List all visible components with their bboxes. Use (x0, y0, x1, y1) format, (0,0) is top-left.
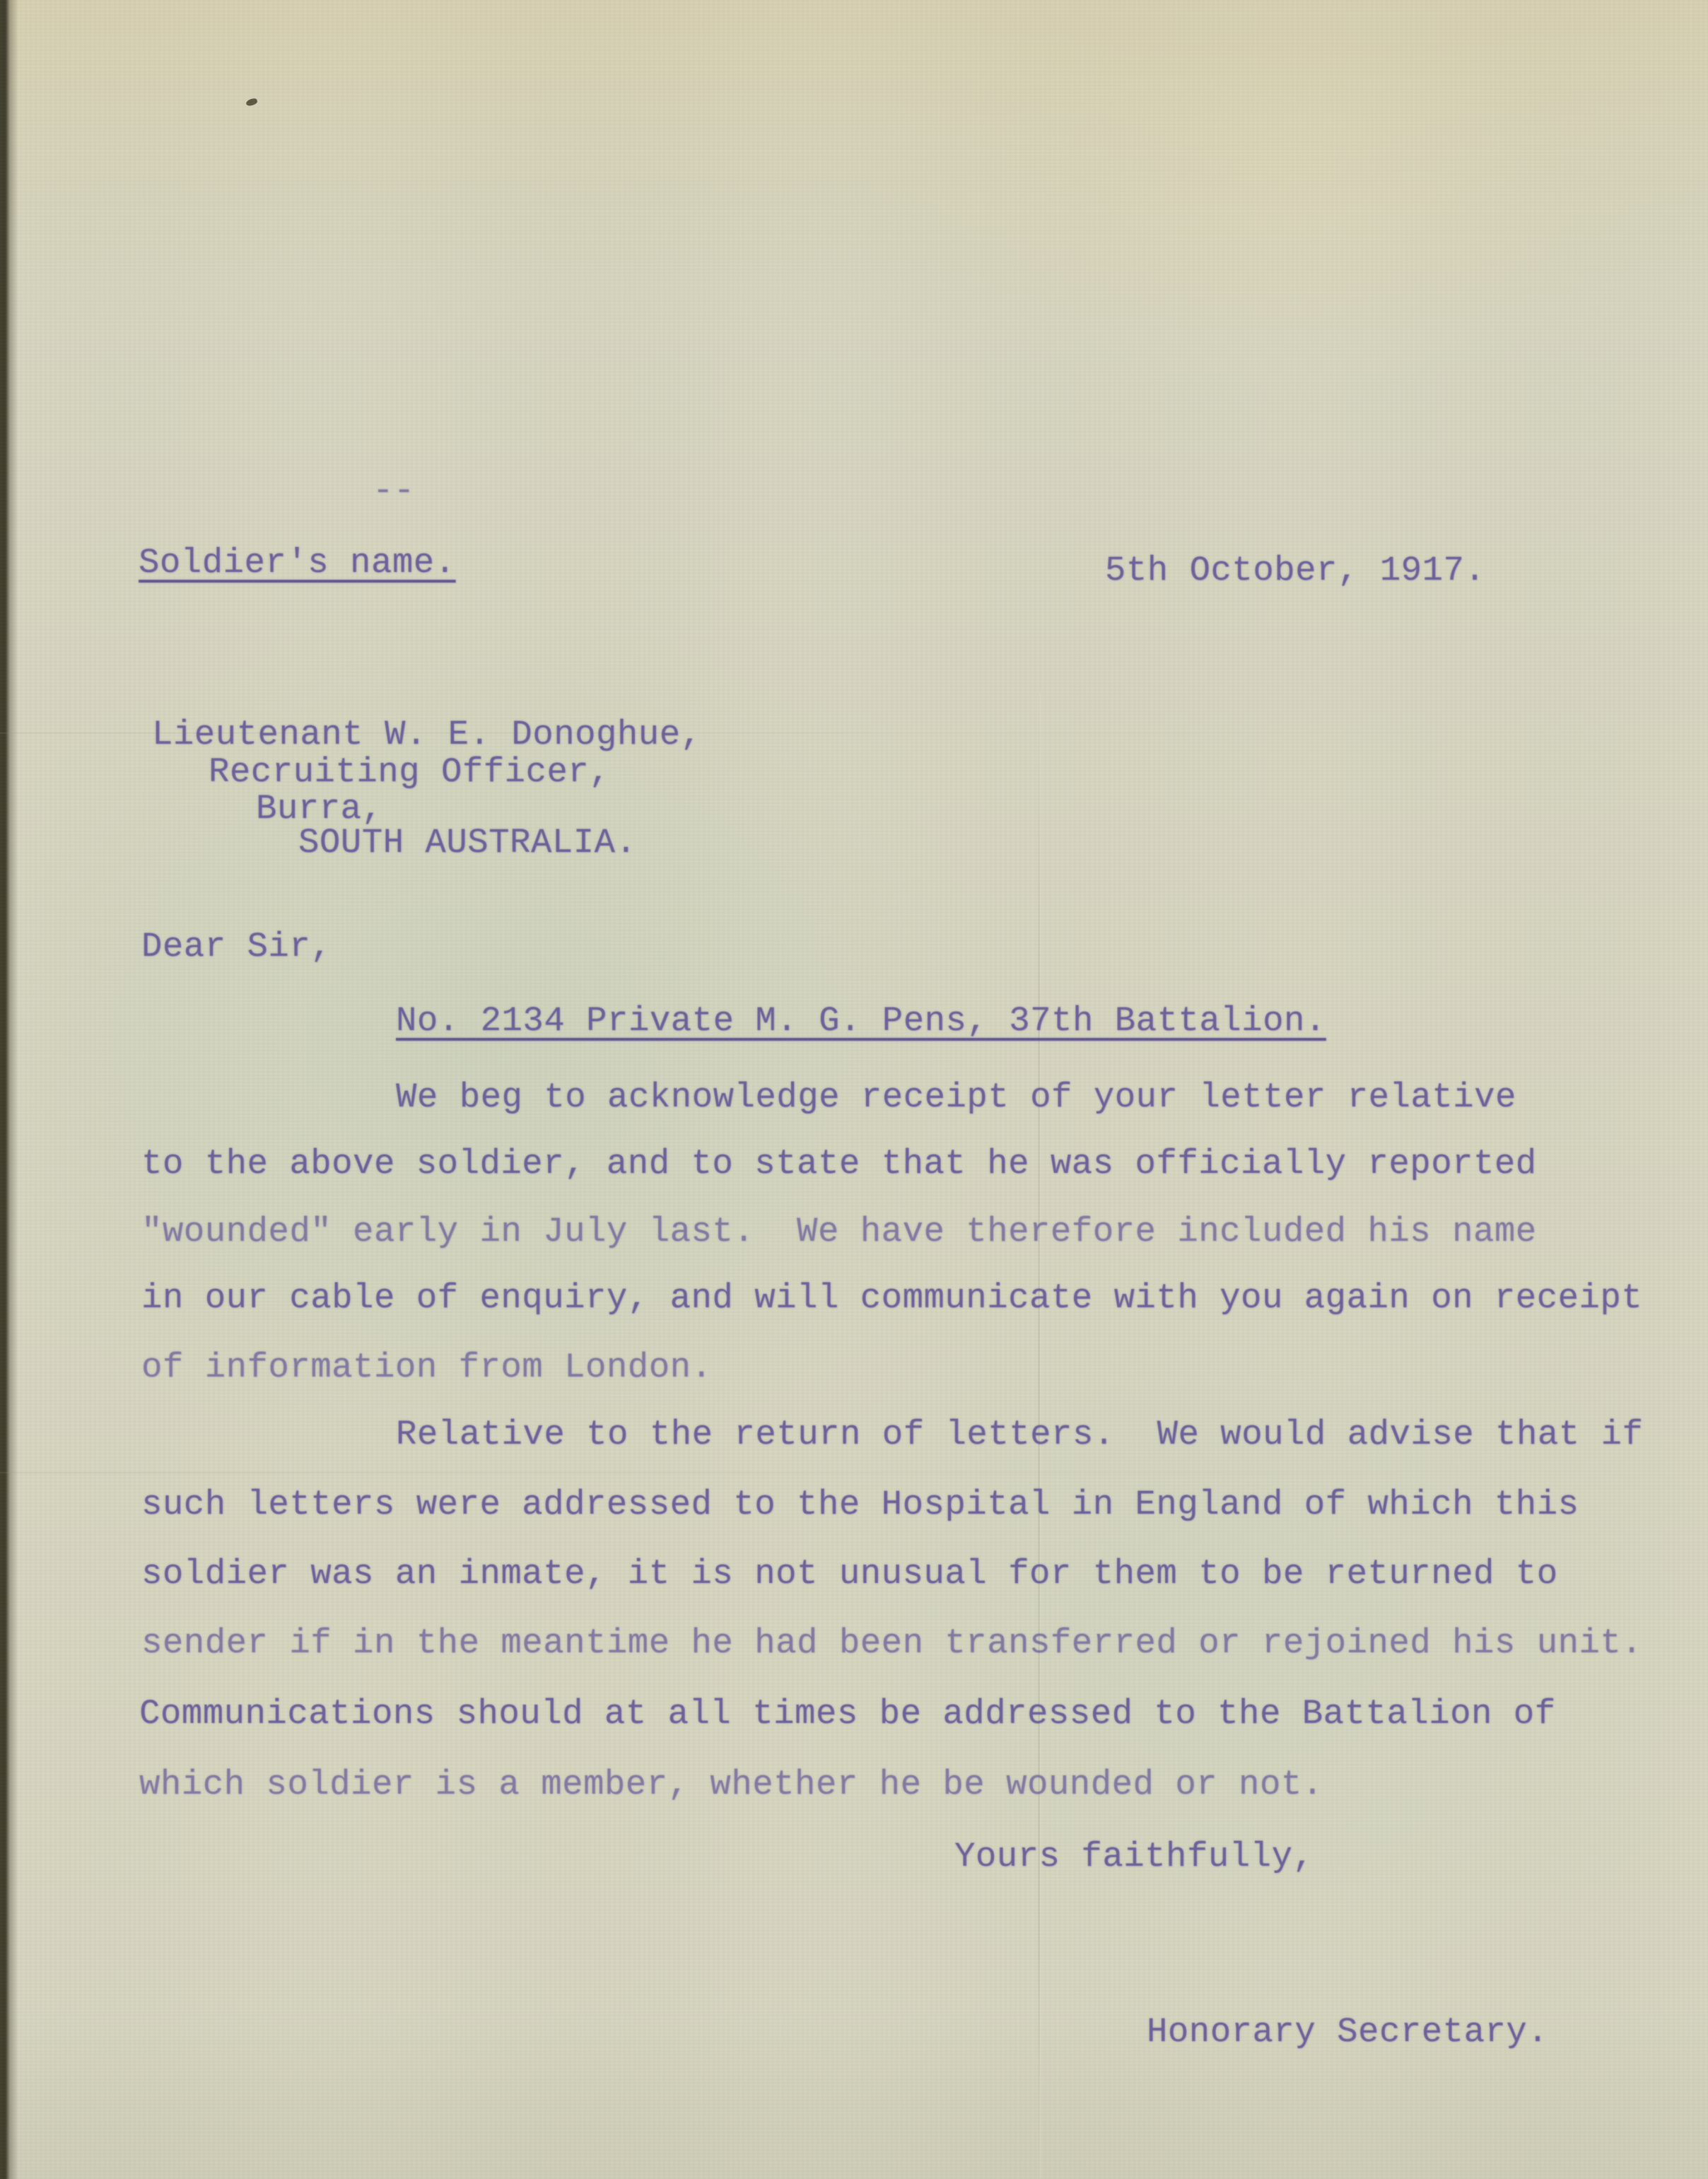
soldiers-name-label: Soldier's name. (139, 546, 456, 580)
body-line: which soldier is a member, whether he be… (139, 1768, 1323, 1802)
scanned-letter-page: -- Soldier's name. 5th October, 1917. Li… (0, 0, 1708, 2179)
body-line: in our cable of enquiry, and will commun… (141, 1281, 1642, 1316)
closing: Yours faithfully, (954, 1840, 1314, 1874)
body-line: soldier was an inmate, it is not unusual… (141, 1557, 1558, 1591)
recipient-title: Recruiting Officer, (209, 755, 610, 790)
typewritten-text-layer: -- Soldier's name. 5th October, 1917. Li… (0, 0, 1708, 2179)
body-line: of information from London. (141, 1350, 712, 1385)
signature-title: Honorary Secretary. (1147, 2015, 1548, 2050)
recipient-town: Burra, (256, 792, 382, 826)
recipient-state: SOUTH AUSTRALIA. (298, 826, 636, 860)
body-line: such letters were addressed to the Hospi… (141, 1488, 1579, 1522)
salutation: Dear Sir, (141, 930, 332, 964)
pen-dash-mark: -- (373, 474, 415, 508)
letter-date: 5th October, 1917. (1105, 554, 1485, 588)
body-line: "wounded" early in July last. We have th… (141, 1215, 1537, 1249)
subject-line: No. 2134 Private M. G. Pens, 37th Battal… (396, 1004, 1326, 1039)
body-line: We beg to acknowledge receipt of your le… (396, 1080, 1516, 1115)
recipient-name: Lieutenant W. E. Donoghue, (152, 718, 702, 752)
body-line: to the above soldier, and to state that … (141, 1147, 1537, 1181)
body-line: sender if in the meantime he had been tr… (141, 1626, 1642, 1661)
body-line: Relative to the return of letters. We wo… (396, 1418, 1643, 1452)
body-line: Communications should at all times be ad… (139, 1697, 1556, 1731)
